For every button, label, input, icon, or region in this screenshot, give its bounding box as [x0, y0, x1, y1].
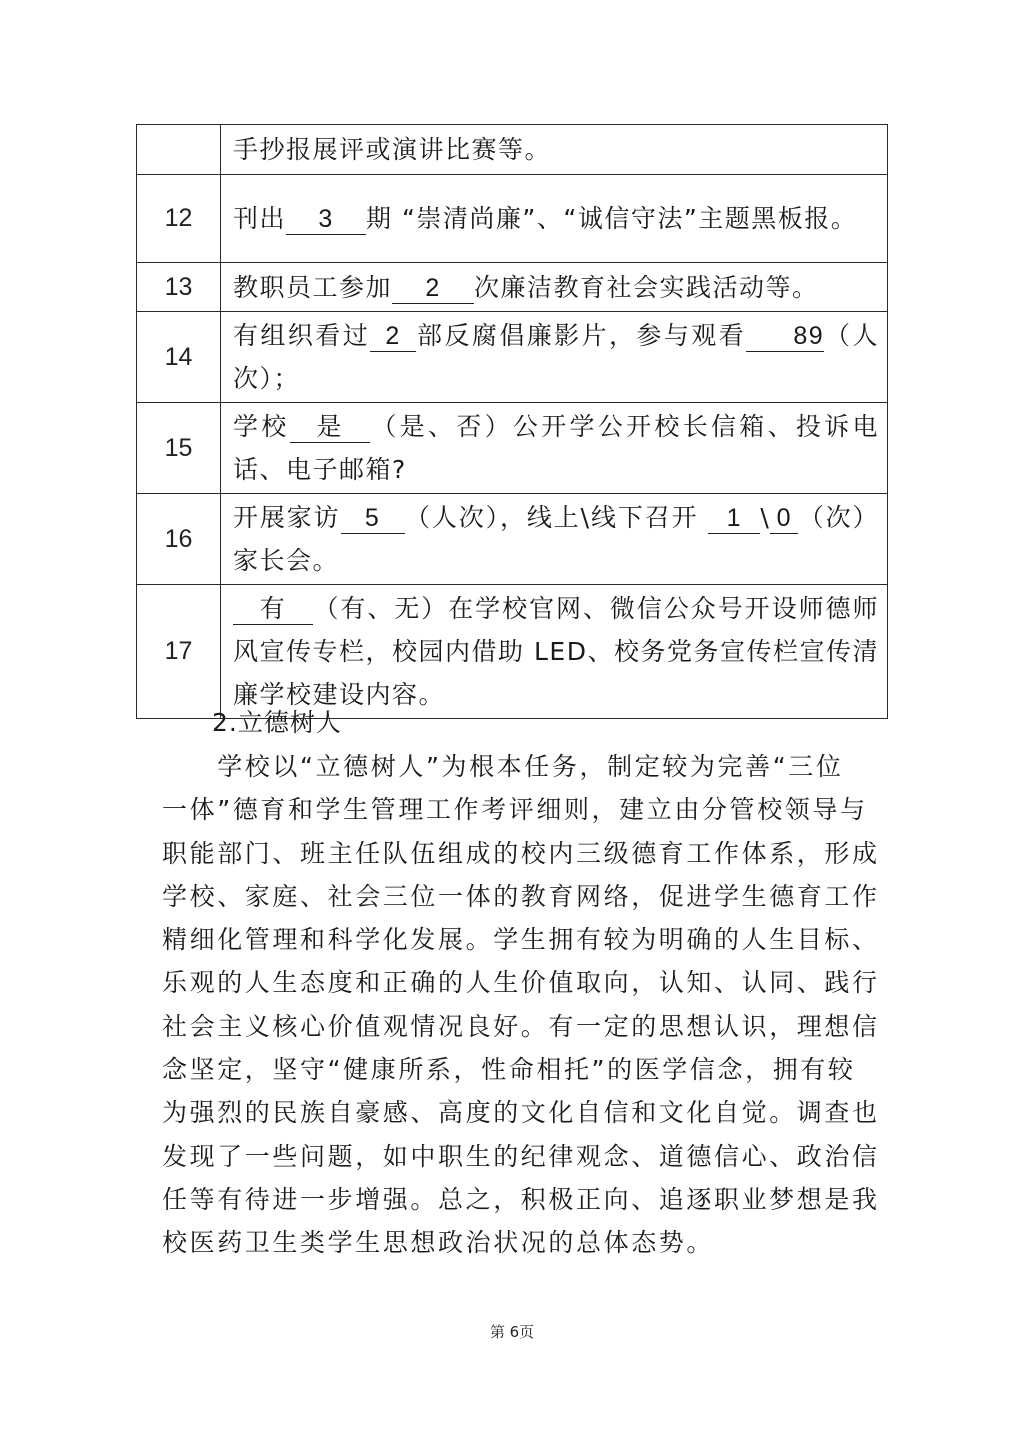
paragraph-line: 任等有待进一步增强。总之，积极正向、追逐职业梦想是我 [162, 1178, 872, 1221]
paragraph-line: 职能部门、班主任队伍组成的校内三级德育工作体系，形成 [162, 832, 872, 875]
row-text: 教职员工参加2次廉洁教育社会实践活动等。 [221, 263, 888, 312]
fill-blank: 3 [286, 204, 366, 235]
row-number: 17 [137, 585, 221, 719]
section-heading: 2.立德树人 [212, 703, 342, 739]
fill-blank: 1 [708, 503, 760, 534]
paragraph-line: 学校以“立德树人”为根本任务，制定较为完善“三位 [162, 745, 872, 788]
row-text: 开展家访5（人次），线上\线下召开 1\0（次）家长会。 [221, 494, 888, 585]
table-row: 15 学校是（是、否）公开学公开校长信箱、投诉电话、电子邮箱? [137, 403, 888, 494]
table-row: 手抄报展评或演讲比赛等。 [137, 125, 888, 175]
paragraph-line: 精细化管理和科学化发展。学生拥有较为明确的人生目标、 [162, 918, 872, 961]
paragraph-line: 发现了一些问题，如中职生的纪律观念、道德信心、政治信 [162, 1135, 872, 1178]
section-paragraph: 学校以“立德树人”为根本任务，制定较为完善“三位 一体”德育和学生管理工作考评细… [162, 745, 872, 1265]
row-number: 16 [137, 494, 221, 585]
row-number: 15 [137, 403, 221, 494]
paragraph-line: 校医药卫生类学生思想政治状况的总体态势。 [162, 1221, 872, 1264]
row-number: 13 [137, 263, 221, 312]
row-number: 14 [137, 312, 221, 403]
paragraph-line: 乐观的人生态度和正确的人生价值取向，认知、认同、践行 [162, 961, 872, 1004]
row-text: 有（有、无）在学校官网、微信公众号开设师德师风宣传专栏，校园内借助 LED、校务… [221, 585, 888, 719]
fill-blank: 有 [233, 594, 313, 625]
table-row: 13 教职员工参加2次廉洁教育社会实践活动等。 [137, 263, 888, 312]
row-text: 手抄报展评或演讲比赛等。 [221, 125, 888, 175]
paragraph-line: 社会主义核心价值观情况良好。有一定的思想认识，理想信 [162, 1005, 872, 1048]
document-page: 手抄报展评或演讲比赛等。 12 刊出3期 “崇清尚廉”、“诚信守法”主题黑板报。… [0, 0, 1024, 1448]
paragraph-line: 念坚定，坚守“健康所系，性命相托”的医学信念，拥有较 [162, 1048, 872, 1091]
fill-blank: 是 [290, 412, 370, 443]
table-row: 12 刊出3期 “崇清尚廉”、“诚信守法”主题黑板报。 [137, 175, 888, 263]
row-text: 学校是（是、否）公开学公开校长信箱、投诉电话、电子邮箱? [221, 403, 888, 494]
row-text: 刊出3期 “崇清尚廉”、“诚信守法”主题黑板报。 [221, 175, 888, 263]
table-row: 17 有（有、无）在学校官网、微信公众号开设师德师风宣传专栏，校园内借助 LED… [137, 585, 888, 719]
survey-table: 手抄报展评或演讲比赛等。 12 刊出3期 “崇清尚廉”、“诚信守法”主题黑板报。… [136, 124, 888, 719]
fill-blank: 0 [770, 503, 798, 534]
table-row: 16 开展家访5（人次），线上\线下召开 1\0（次）家长会。 [137, 494, 888, 585]
row-number [137, 125, 221, 175]
fill-blank: 2 [370, 321, 416, 352]
paragraph-line: 为强烈的民族自豪感、高度的文化自信和文化自觉。调查也 [162, 1091, 872, 1134]
paragraph-line: 一体”德育和学生管理工作考评细则，建立由分管校领导与 [162, 788, 872, 831]
fill-blank: 2 [392, 273, 474, 304]
fill-blank: 89 [746, 321, 824, 352]
row-number: 12 [137, 175, 221, 263]
row-text: 有组织看过2部反腐倡廉影片，参与观看89（人次）； [221, 312, 888, 403]
table-row: 14 有组织看过2部反腐倡廉影片，参与观看89（人次）； [137, 312, 888, 403]
fill-blank: 5 [341, 503, 405, 534]
paragraph-line: 学校、家庭、社会三位一体的教育网络，促进学生德育工作 [162, 875, 872, 918]
page-number: 第 6页 [0, 1321, 1024, 1342]
